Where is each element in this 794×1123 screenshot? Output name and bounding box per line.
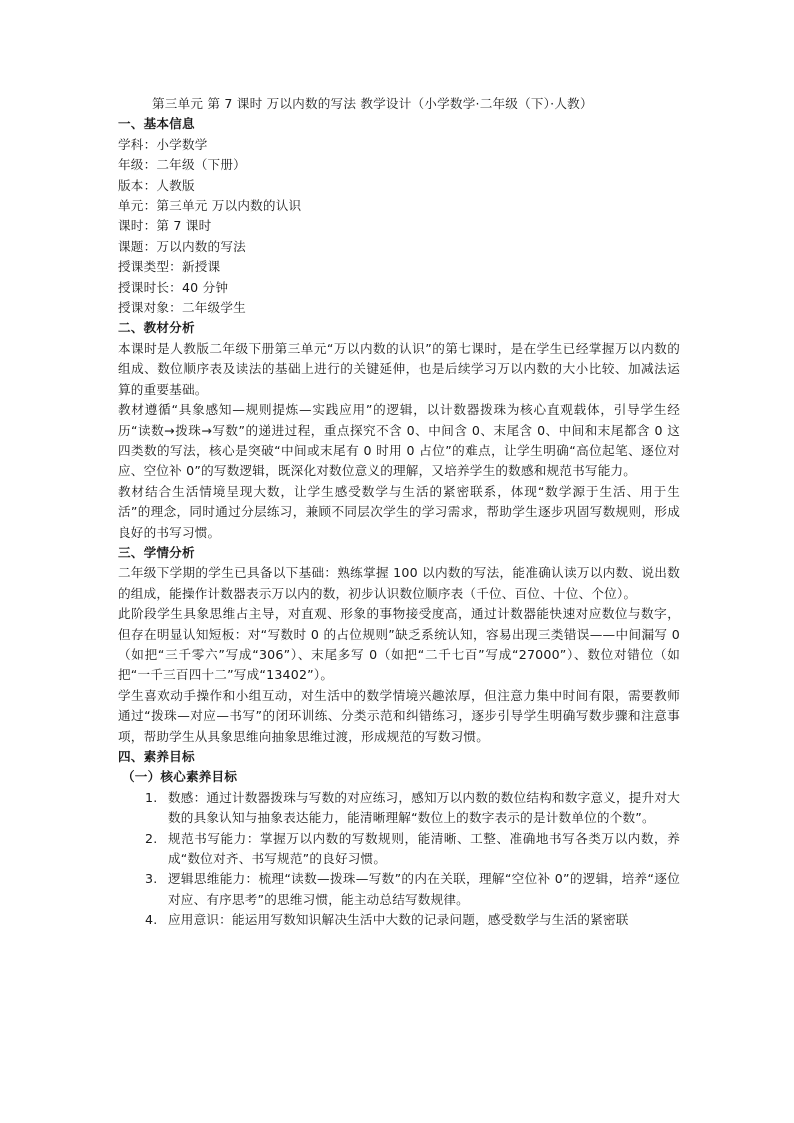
section-heading-literacy-goals: 四、素养目标 — [118, 747, 680, 767]
paragraph: 二年级下学期的学生已具备以下基础：熟练掌握 100 以内数的写法，能准确认读万以… — [118, 563, 680, 604]
goals-list: 1. 数感：通过计数器拨珠与写数的对应练习，感知万以内数的数位结构和数字意义，提… — [118, 788, 680, 931]
goal-text: 数感：通过计数器拨珠与写数的对应练习，感知万以内数的数位结构和数字意义，提升对大… — [168, 790, 680, 825]
goal-item: 2. 规范书写能力：掌握万以内数的写数规则，能清晰、工整、准确地书写各类万以内数… — [118, 829, 680, 870]
info-duration: 授课时长：40 分钟 — [118, 278, 680, 298]
list-number: 2. — [145, 829, 157, 849]
goal-text: 逻辑思维能力：梳理“读数—拨珠—写数”的内在关联，理解“空位补 0”的逻辑，培养… — [168, 871, 680, 906]
goal-item: 1. 数感：通过计数器拨珠与写数的对应练习，感知万以内数的数位结构和数字意义，提… — [118, 788, 680, 829]
info-edition: 版本：人教版 — [118, 176, 680, 196]
paragraph: 教材结合生活情境呈现大数，让学生感受数学与生活的紧密联系，体现“数学源于生活、用… — [118, 482, 680, 543]
document-page: 第三单元 第 7 课时 万以内数的写法 教学设计（小学数学·二年级（下）·人教）… — [118, 94, 680, 931]
paragraph: 教材遵循“具象感知—规则提炼—实践应用”的逻辑，以计数器拨珠为核心直观载体，引导… — [118, 400, 680, 482]
paragraph: 学生喜欢动手操作和小组互动，对生活中的数学情境兴趣浓厚，但注意力集中时间有限，需… — [118, 686, 680, 747]
info-audience: 授课对象：二年级学生 — [118, 298, 680, 318]
list-number: 1. — [145, 788, 157, 808]
section-heading-textbook-analysis: 二、教材分析 — [118, 318, 680, 338]
document-title: 第三单元 第 7 课时 万以内数的写法 教学设计（小学数学·二年级（下）·人教） — [118, 94, 680, 114]
goal-item: 4. 应用意识：能运用写数知识解决生活中大数的记录问题，感受数学与生活的紧密联 — [118, 910, 680, 930]
list-number: 3. — [145, 869, 157, 889]
goal-text: 应用意识：能运用写数知识解决生活中大数的记录问题，感受数学与生活的紧密联 — [168, 912, 629, 927]
list-number: 4. — [145, 910, 157, 930]
info-grade: 年级：二年级（下册） — [118, 155, 680, 175]
section-heading-basic-info: 一、基本信息 — [118, 114, 680, 134]
goal-item: 3. 逻辑思维能力：梳理“读数—拨珠—写数”的内在关联，理解“空位补 0”的逻辑… — [118, 869, 680, 910]
info-lesson-type: 授课类型：新授课 — [118, 257, 680, 277]
paragraph: 本课时是人教版二年级下册第三单元“万以内数的认识”的第七课时，是在学生已经掌握万… — [118, 339, 680, 400]
info-topic: 课题：万以内数的写法 — [118, 237, 680, 257]
info-subject: 学科：小学数学 — [118, 135, 680, 155]
basic-info-list: 学科：小学数学 年级：二年级（下册） 版本：人教版 单元：第三单元 万以内数的认… — [118, 135, 680, 319]
section-heading-student-analysis: 三、学情分析 — [118, 543, 680, 563]
info-unit: 单元：第三单元 万以内数的认识 — [118, 196, 680, 216]
info-lesson-number: 课时：第 7 课时 — [118, 216, 680, 236]
subsection-heading-core-literacy: （一）核心素养目标 — [118, 767, 680, 787]
goal-text: 规范书写能力：掌握万以内数的写数规则，能清晰、工整、准确地书写各类万以内数，养成… — [168, 831, 680, 866]
paragraph: 此阶段学生具象思维占主导，对直观、形象的事物接受度高，通过计数器能快速对应数位与… — [118, 604, 680, 686]
